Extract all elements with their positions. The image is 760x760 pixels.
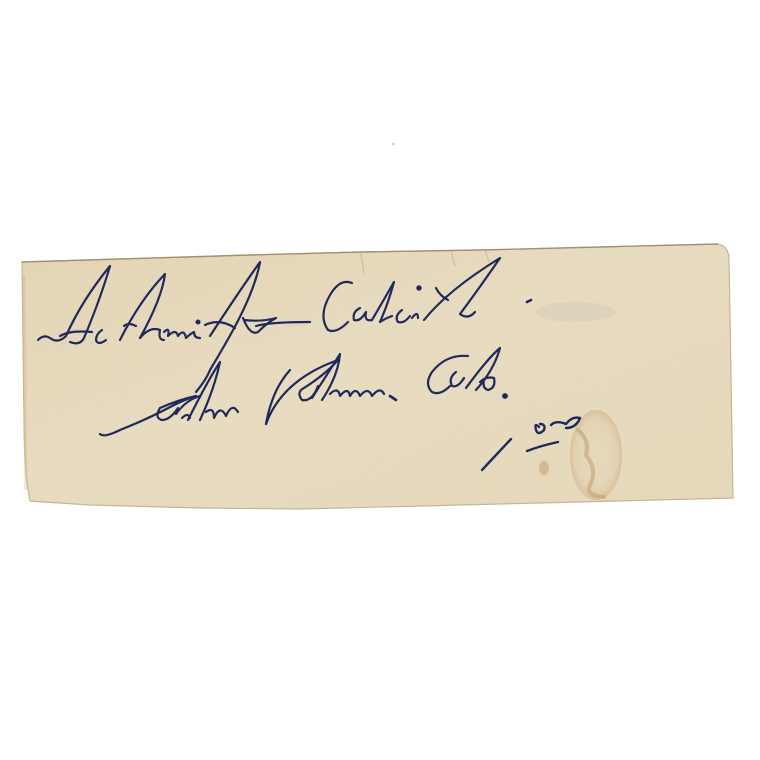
photo-scene: Achemite & Calcite - Silver Plume. Colo.… xyxy=(0,0,760,760)
label-drawing xyxy=(0,0,760,760)
specimen-label: Achemite & Calcite - Silver Plume. Colo.… xyxy=(0,0,760,760)
